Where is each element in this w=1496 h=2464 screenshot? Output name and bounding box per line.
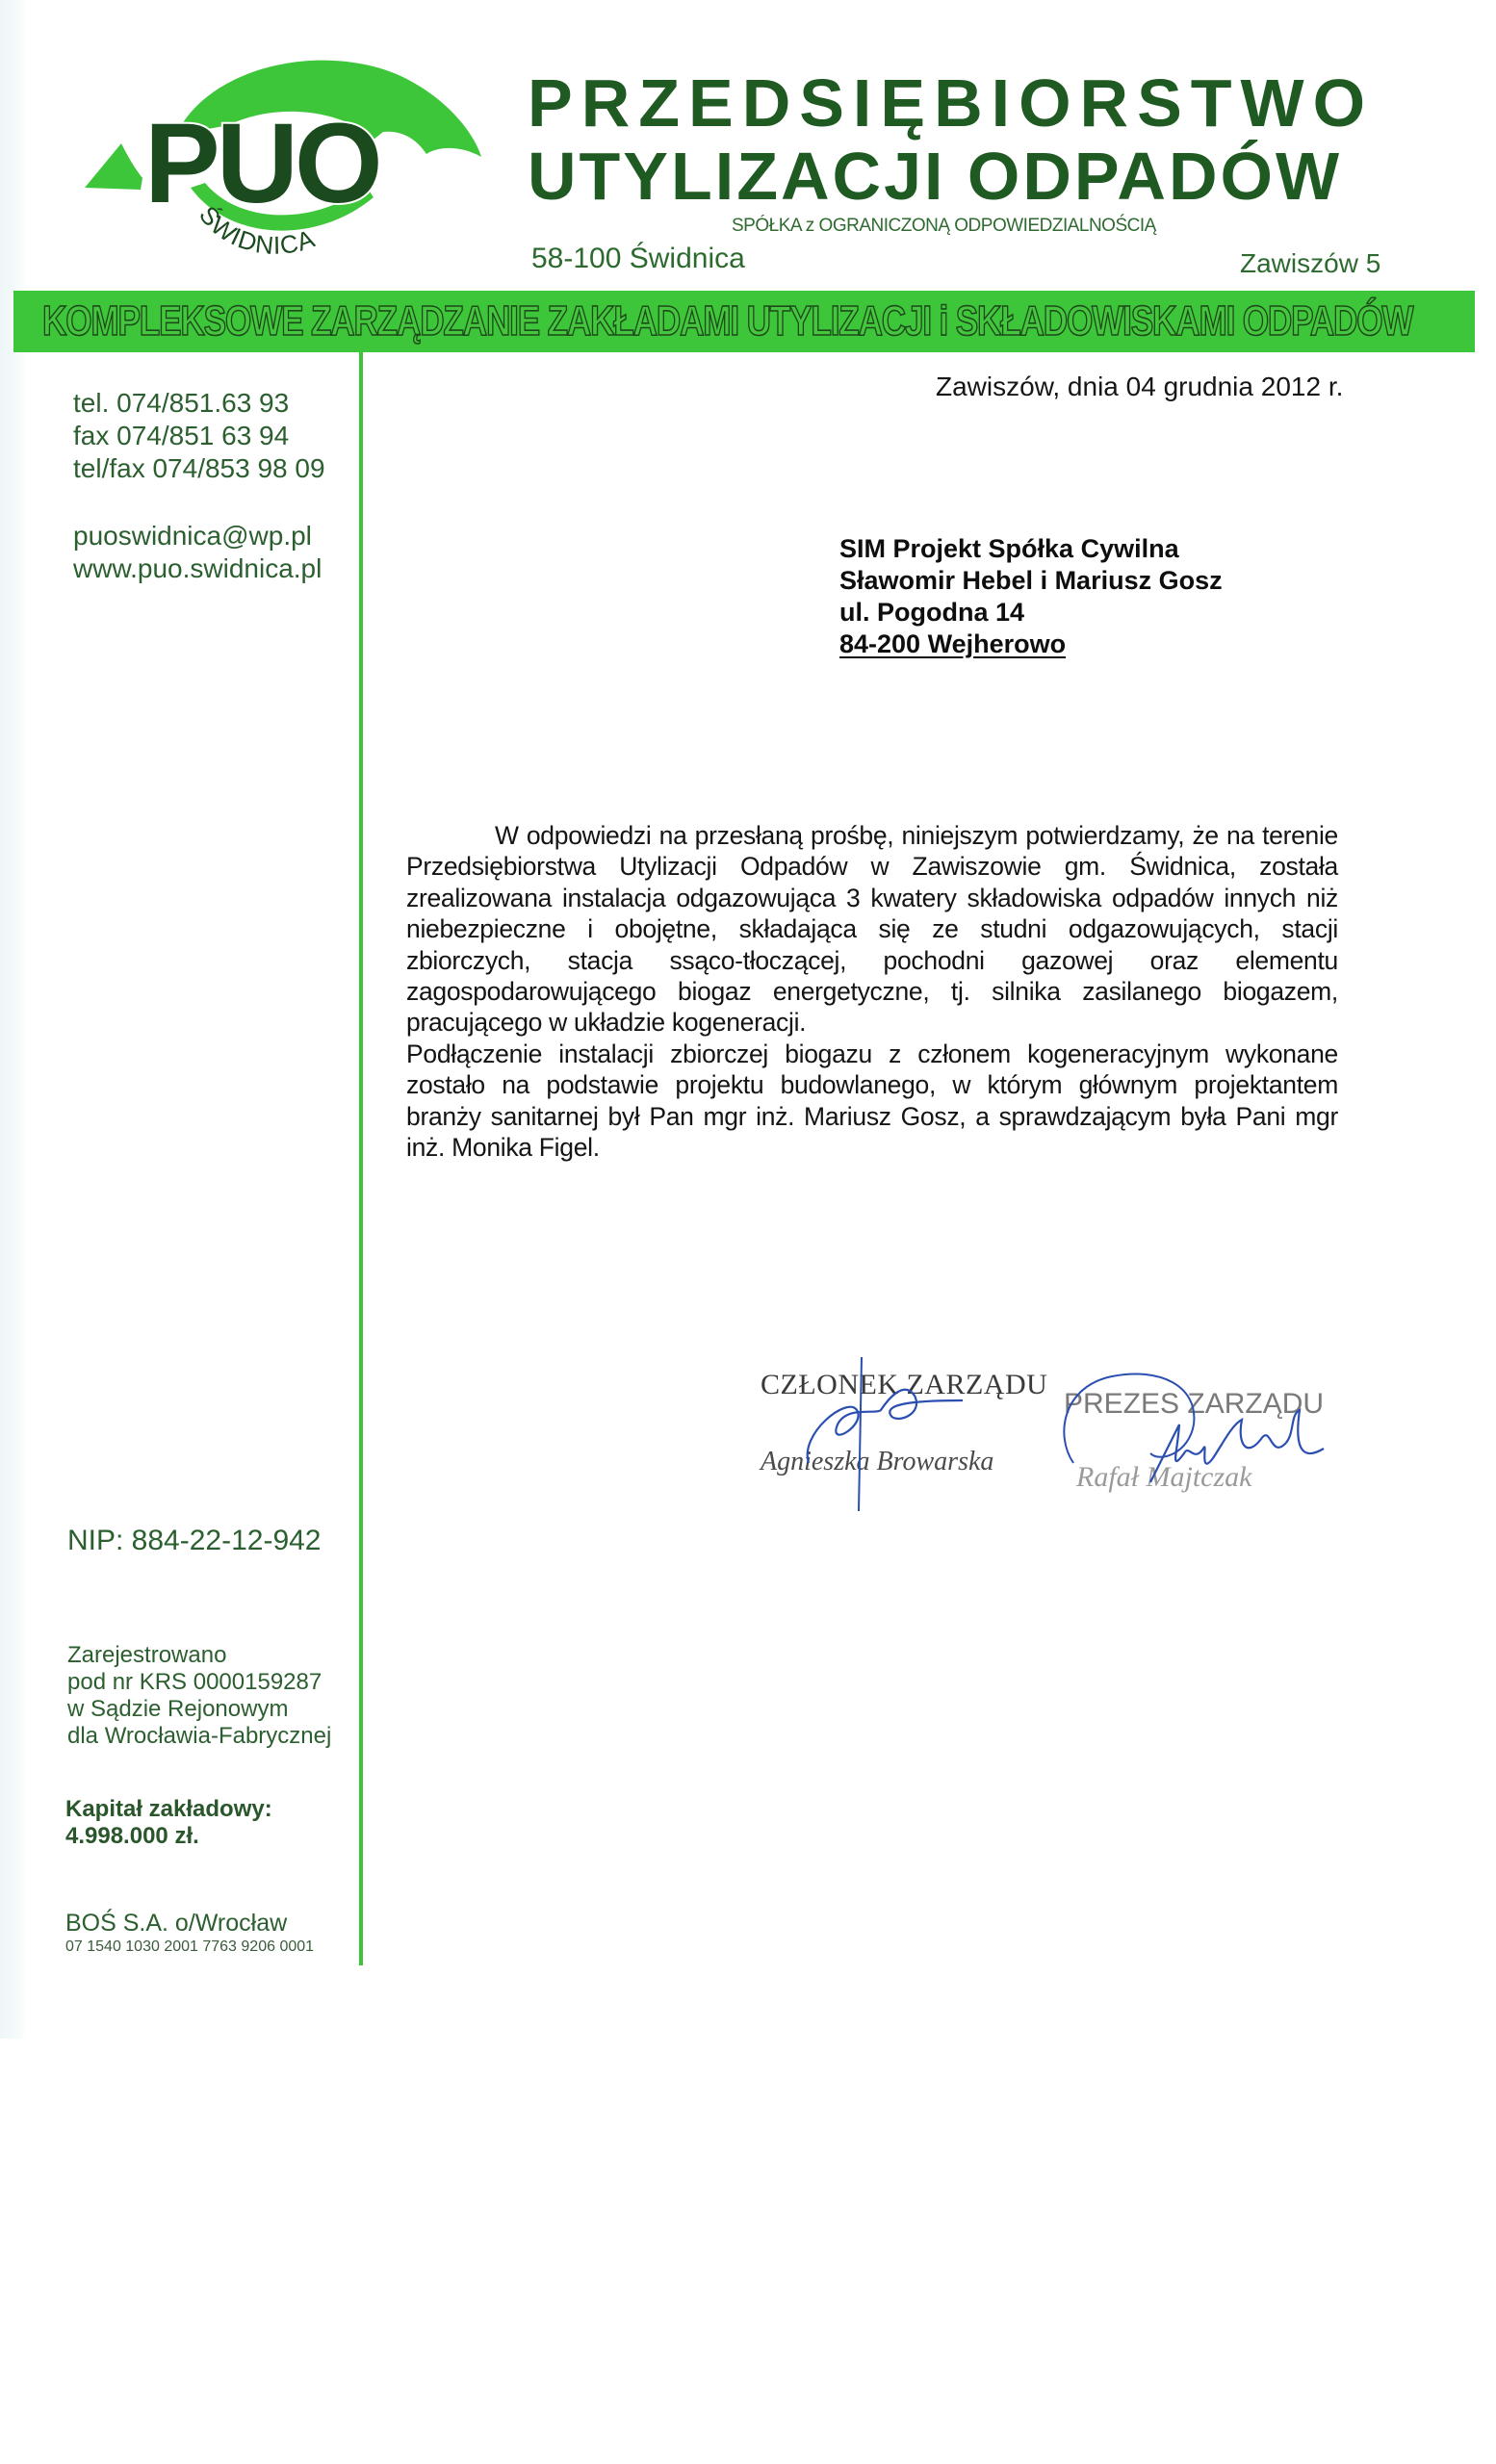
nip-number: NIP: 884-22-12-942 — [67, 1525, 322, 1557]
postal-city: 58-100 Świdnica — [531, 243, 745, 275]
phone: tel. 074/851.63 93 — [73, 387, 325, 420]
bank-name: BOŚ S.A. o/Wrocław — [65, 1910, 314, 1937]
signatory-title-1: CZŁONEK ZARZĄDU — [761, 1369, 1047, 1401]
registration-info: Zarejestrowano pod nr KRS 0000159287 w S… — [67, 1642, 331, 1750]
bank-account: 07 1540 1030 2001 7763 9206 0001 — [65, 1937, 314, 1958]
paragraph: W odpowiedzi na przesłaną prośbę, niniej… — [406, 820, 1338, 1039]
signatory-title-2: PREZES ZARZĄDU — [1064, 1388, 1324, 1421]
legal-form: SPÓŁKA z OGRANICZONĄ ODPOWIEDZIALNOŚCIĄ — [732, 216, 1156, 237]
capital-value: 4.998.000 zł. — [65, 1823, 272, 1850]
place-date: Zawiszów, dnia 04 grudnia 2012 r. — [936, 372, 1343, 402]
signatory-name-1: Agnieszka Browarska — [761, 1447, 993, 1477]
signatory-name-2: Rafał Majtczak — [1076, 1461, 1251, 1494]
slogan-text: KOMPLEKSOWE ZARZĄDZANIE ZAKŁADAMI UTYLIZ… — [42, 295, 1412, 348]
sidebar-divider — [359, 352, 363, 1965]
letter-body: W odpowiedzi na przesłaną prośbę, niniej… — [406, 820, 1338, 1163]
phone-fax: tel/fax 074/853 98 09 — [73, 452, 325, 485]
sidebar-web: puoswidnica@wp.pl www.puo.swidnica.pl — [73, 520, 322, 585]
svg-text:PUO: PUO — [144, 100, 379, 227]
share-capital: Kapitał zakładowy: 4.998.000 zł. — [65, 1796, 272, 1850]
bank-info: BOŚ S.A. o/Wrocław 07 1540 1030 2001 776… — [65, 1910, 314, 1958]
street-address: Zawiszów 5 — [1240, 248, 1380, 279]
paragraph: Podłączenie instalacji zbiorczej biogazu… — [406, 1039, 1338, 1164]
capital-label: Kapitał zakładowy: — [65, 1796, 272, 1823]
email-link[interactable]: puoswidnica@wp.pl — [73, 520, 322, 552]
company-name-line-1: PRZEDSIĘBIORSTWO — [528, 69, 1374, 137]
company-name-line-2: UTYLIZACJI ODPADÓW — [528, 142, 1342, 210]
sidebar-contacts: tel. 074/851.63 93 fax 074/851 63 94 tel… — [73, 387, 325, 485]
recipient-address: SIM Projekt Spółka Cywilna Sławomir Hebe… — [839, 533, 1223, 660]
umbrella-logo-icon: PUO ŚWIDNICA — [85, 43, 499, 265]
fax: fax 074/851 63 94 — [73, 420, 325, 452]
website-link[interactable]: www.puo.swidnica.pl — [73, 552, 322, 585]
